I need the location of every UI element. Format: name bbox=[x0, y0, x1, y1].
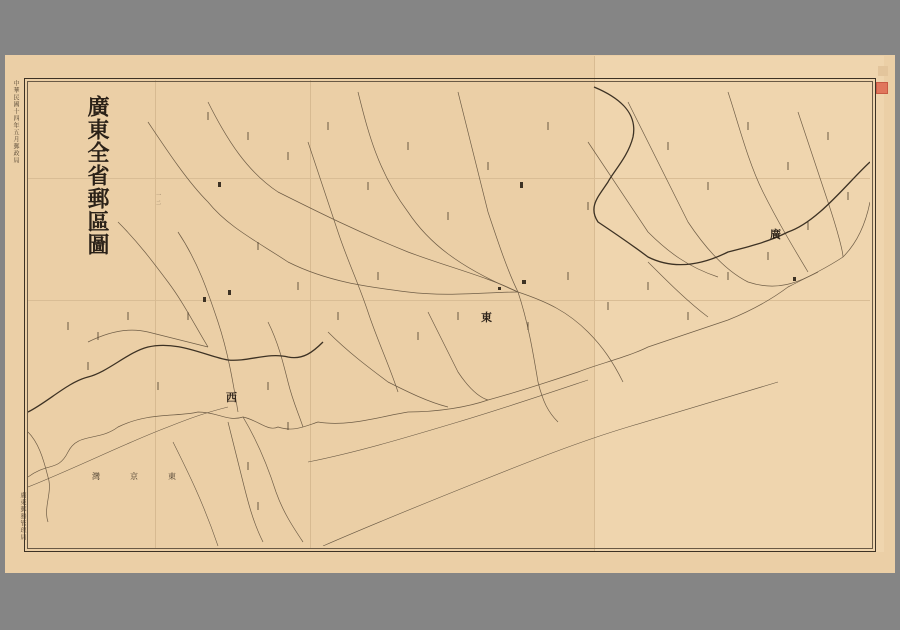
seal-stamp-icon bbox=[876, 82, 888, 94]
publisher-note: 廣東郵務管理局 bbox=[18, 492, 27, 541]
region-label-dong: 東 bbox=[481, 309, 492, 325]
faint-seal bbox=[878, 66, 888, 76]
region-label-xi: 西 bbox=[226, 389, 237, 405]
sea-label: 灣京東 bbox=[92, 471, 206, 482]
map-title: 廣東全省郵區圖 bbox=[80, 95, 110, 256]
grid-mark: 二 bbox=[155, 200, 162, 205]
region-label-guang: 廣 bbox=[770, 226, 781, 242]
margin-note: 中華民國十四年五月郵政局 bbox=[11, 80, 20, 164]
grid-mark: 一 bbox=[155, 192, 162, 197]
